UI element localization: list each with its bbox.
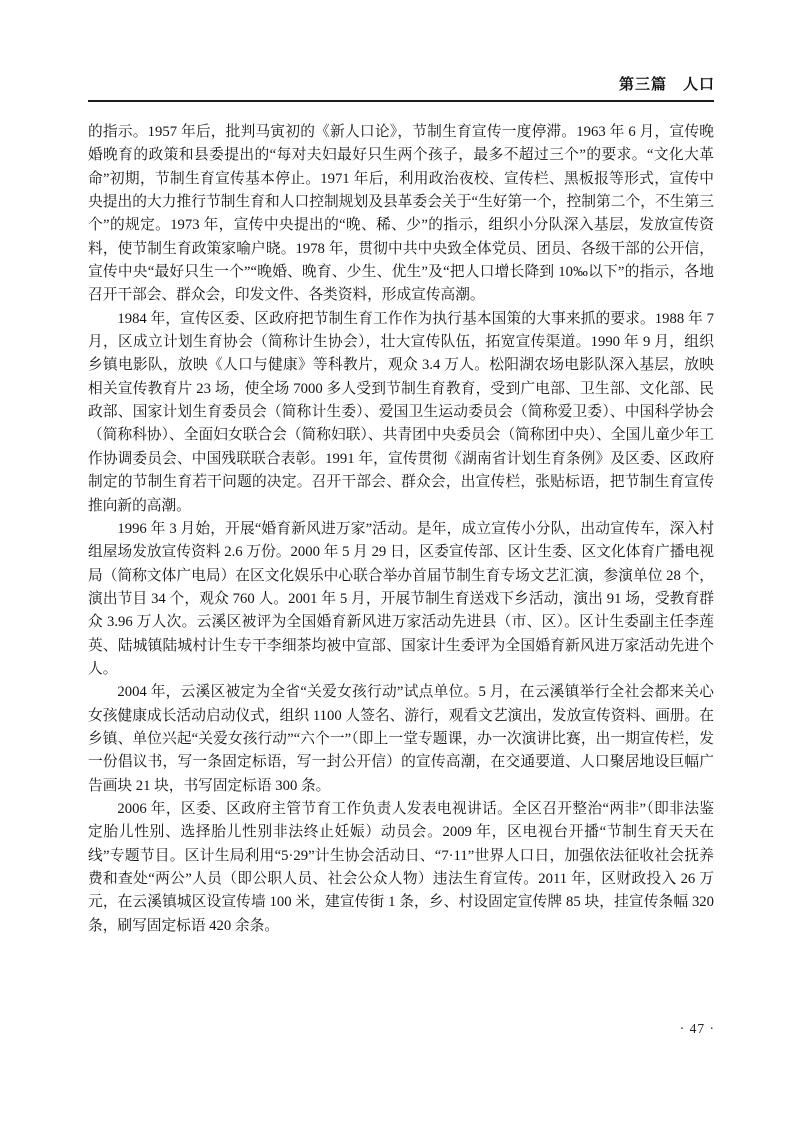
paragraph-1: 的指示。1957 年后，批判马寅初的《新人口论》，节制生育宣传一度停滞。1963…: [88, 121, 714, 308]
paragraph-3: 1996 年 3 月始，开展“婚育新风进万家”活动。是年，成立宣传小分队，出动宣…: [88, 518, 714, 681]
header-rule: [88, 100, 714, 102]
body-text: 的指示。1957 年后，批判马寅初的《新人口论》，节制生育宣传一度停滞。1963…: [88, 121, 714, 938]
page-footer: · 47 ·: [88, 1021, 715, 1037]
paragraph-5: 2006 年，区委、区政府主管节育工作负责人发表电视讲话。全区召开整治“两非”（…: [88, 798, 714, 938]
paragraph-4: 2004 年，云溪区被定为全省“关爱女孩行动”试点单位。5 月，在云溪镇举行全社…: [88, 681, 714, 798]
document-page: 第三篇 人口 的指示。1957 年后，批判马寅初的《新人口论》，节制生育宣传一度…: [0, 0, 793, 1122]
paragraph-2: 1984 年，宣传区委、区政府把节制生育工作作为执行基本国策的大事来抓的要求。1…: [88, 308, 714, 518]
section-title: 第三篇 人口: [619, 77, 715, 93]
page-number: · 47 ·: [680, 1021, 715, 1036]
running-header: 第三篇 人口: [88, 75, 715, 95]
